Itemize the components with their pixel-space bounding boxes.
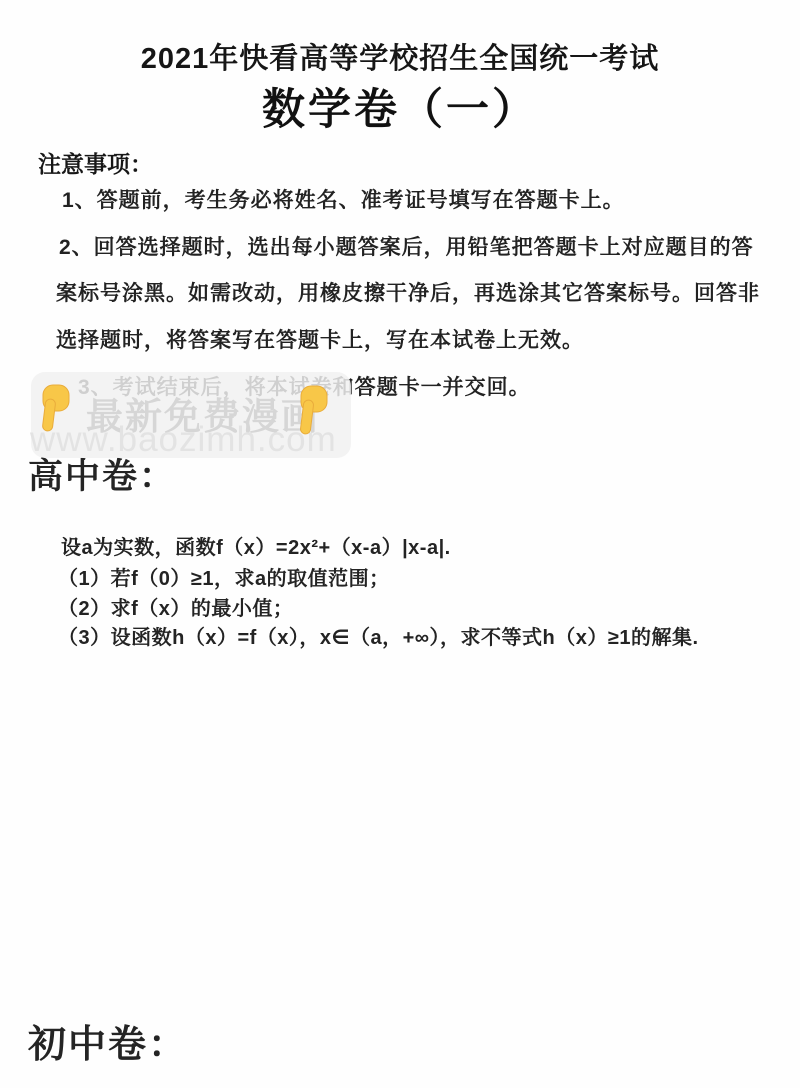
section-heading-junior-high: 初中卷：	[28, 1013, 188, 1068]
paper-subtitle: 数学卷（一）	[0, 76, 800, 137]
notice-item-2-line-1: 2、回答选择题时，选出每小题答案后，用铅笔把答题卡上对应题目的答	[59, 231, 754, 261]
notice-item-2-line-2: 案标号涂黑。如需改动，用橡皮擦干净后，再选涂其它答案标号。回答非	[56, 277, 760, 307]
notice-item-1: 1、答题前，考生务必将姓名、准考证号填写在答题卡上。	[62, 184, 625, 214]
problem-part-3: （3）设函数h（x）=f（x），x∈（a，+∞），求不等式h（x）≥1的解集.	[58, 621, 699, 650]
notice-item-2-line-3: 选择题时，将答案写在答题卡上，写在本试卷上无效。	[56, 324, 584, 354]
problem-part-1: （1）若f（0）≥1，求a的取值范围；	[58, 562, 390, 591]
notice-heading: 注意事项：	[38, 146, 153, 179]
watermark-url: www.baozimh.com	[30, 420, 337, 460]
pointing-down-hand-icon	[38, 383, 72, 438]
pointing-down-hand-icon	[296, 384, 330, 441]
problem-part-2: （2）求f（x）的最小值；	[58, 592, 293, 621]
exam-title: 2021年快看高等学校招生全国统一考试	[0, 36, 800, 77]
exam-document-page: 2021年快看高等学校招生全国统一考试 数学卷（一） 注意事项： 1、答题前，考…	[0, 0, 800, 1088]
problem-intro: 设a为实数，函数f（x）=2x²+（x-a）|x-a|.	[61, 531, 451, 560]
